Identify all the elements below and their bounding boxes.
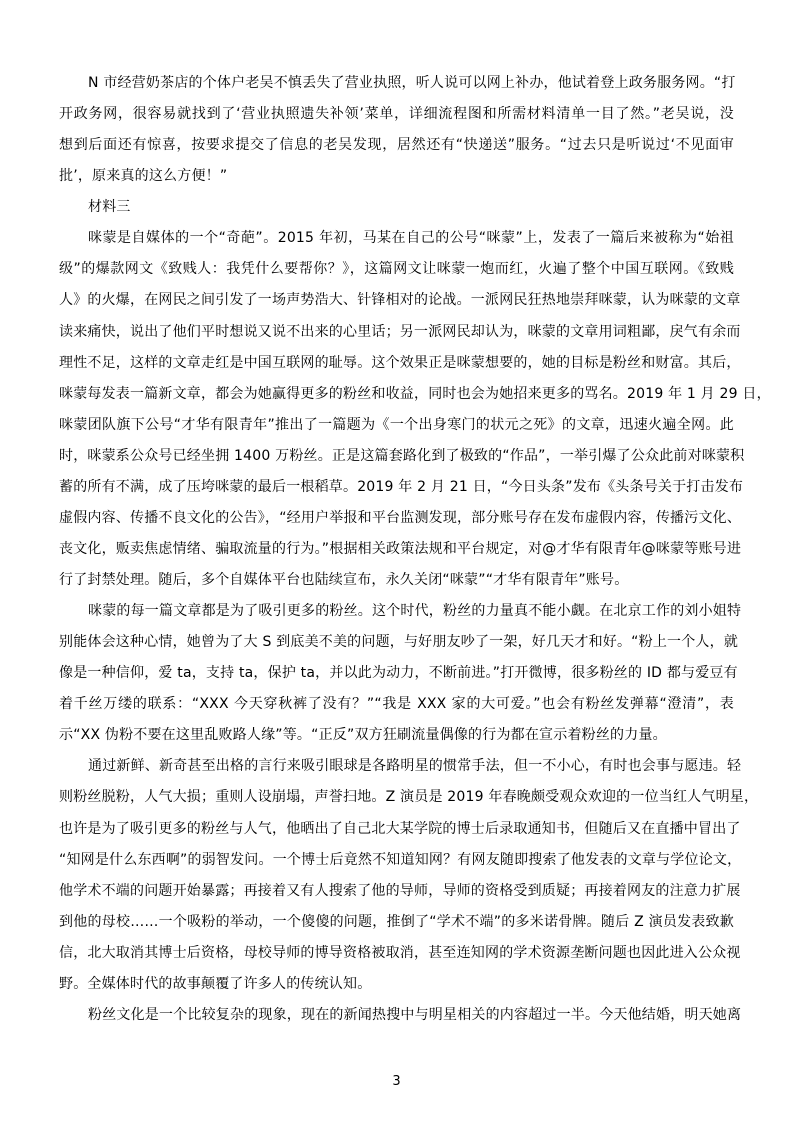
document-page: N 市经营奶茶店的个体户老吴不慎丢失了营业执照，听人说可以网上补办，他试着登上政…: [0, 0, 793, 1121]
text-line: 虚假内容、传播不良文化的公告》，“经用户举报和平台监测发现，部分账号存在发布虚假…: [59, 503, 734, 534]
text-line: 时，咪蒙系公众号已经坐拥 1400 万粉丝。正是这篇套路化到了极致的“作品”，一…: [59, 441, 734, 472]
paragraph-celebrity: 通过新鲜、新奇甚至出格的言行来吸引眼球是各路明星的惯常手法，但一不小心，有时也会…: [59, 751, 734, 1000]
text-line: 到他的母校……一个吸粉的举动，一个傻傻的问题，推倒了“学术不端”的多米诺骨牌。随…: [59, 907, 734, 938]
text-line: 蓄的所有不满，成了压垮咪蒙的最后一根稻草。2019 年 2 月 21 日，“今日…: [59, 472, 734, 503]
text-line: 他学术不端的问题开始暴露；再接着又有人搜索了他的导师，导师的资格受到质疑；再接着…: [59, 876, 734, 907]
text-line: 开政务网，很容易就找到了‘营业执照遗失补领’菜单，详细流程图和所需材料清单一目了…: [59, 99, 734, 130]
text-line: 丧文化，贩卖焦虑情绪、骗取流量的行为。”根据相关政策法规和平台规定，对@才华有限…: [59, 534, 734, 565]
text-line: 想到后面还有惊喜，按要求提交了信息的老吴发现，居然还有“快递送”服务。“过去只是…: [59, 130, 734, 161]
text-line: 信，北大取消其博士后资格，母校导师的博导资格被取消，甚至连知网的学术资源垄断问题…: [59, 938, 734, 969]
text-line: 级”的爆款网文《致贱人：我凭什么要帮你？》，这篇网文让咪蒙一炮而红，火遍了整个中…: [59, 254, 734, 285]
text-line: N 市经营奶茶店的个体户老吴不慎丢失了营业执照，听人说可以网上补办，他试着登上政…: [59, 68, 734, 99]
text-line: 行了封禁处理。随后，多个自媒体平台也陆续宣布，永久关闭“咪蒙”“才华有限青年”账…: [59, 565, 734, 596]
text-line: 批’，原来真的这么方便！”: [59, 161, 734, 192]
text-line: 别能体会这种心情，她曾为了大 S 到底美不美的问题，与好朋友吵了一架，好几天才和…: [59, 627, 734, 658]
paragraph-laowu: N 市经营奶茶店的个体户老吴不慎丢失了营业执照，听人说可以网上补办，他试着登上政…: [59, 68, 734, 192]
text-line: 也许是为了吸引更多的粉丝与人气，他晒出了自己北大某学院的博士后录取通知书，但随后…: [59, 814, 734, 845]
paragraph-fan-culture: 粉丝文化是一个比较复杂的现象，现在的新闻热搜中与明星相关的内容超过一半。今天他结…: [59, 1000, 734, 1031]
text-line: 则粉丝脱粉，人气大损；重则人设崩塌，声誉扫地。Z 演员是 2019 年春晚颇受观…: [59, 782, 734, 813]
body-text: N 市经营奶茶店的个体户老吴不慎丢失了营业执照，听人说可以网上补办，他试着登上政…: [59, 68, 734, 1031]
paragraph-mimeng: 咪蒙是自媒体的一个“奇葩”。2015 年初，马某在自己的公号“咪蒙”上，发表了一…: [59, 223, 734, 596]
page-number: 3: [0, 1072, 793, 1092]
paragraph-fan-power: 咪蒙的每一篇文章都是为了吸引更多的粉丝。这个时代，粉丝的力量真不能小觑。在北京工…: [59, 596, 734, 751]
text-line: 咪蒙的每一篇文章都是为了吸引更多的粉丝。这个时代，粉丝的力量真不能小觑。在北京工…: [59, 596, 734, 627]
text-line: 像是一种信仰，爱 ta，支持 ta，保护 ta，并以此为动力，不断前进。”打开微…: [59, 658, 734, 689]
text-line: 人》的火爆，在网民之间引发了一场声势浩大、针锋相对的论战。一派网民狂热地崇拜咪蒙…: [59, 285, 734, 316]
text-line: 咪蒙每发表一篇新文章，都会为她赢得更多的粉丝和收益，同时也会为她招来更多的骂名。…: [59, 379, 734, 410]
text-line: 着千丝万缕的联系：“XXX 今天穿秋裤了没有？”“我是 XXX 家的大可爱。”也…: [59, 689, 734, 720]
text-line: 理性不足，这样的文章走红是中国互联网的耻辱。这个效果正是咪蒙想要的，她的目标是粉…: [59, 348, 734, 379]
text-line: “知网是什么东西啊”的弱智发问。一个博士后竟然不知道知网？有网友随即搜索了他发表…: [59, 845, 734, 876]
text-line: 野。全媒体时代的故事颠覆了许多人的传统认知。: [59, 969, 734, 1000]
text-line: 材料三: [59, 192, 734, 223]
text-line: 通过新鲜、新奇甚至出格的言行来吸引眼球是各路明星的惯常手法，但一不小心，有时也会…: [59, 751, 734, 782]
text-line: 咪蒙团队旗下公号“才华有限青年”推出了一篇题为《一个出身寒门的状元之死》的文章，…: [59, 410, 734, 441]
text-line: 粉丝文化是一个比较复杂的现象，现在的新闻热搜中与明星相关的内容超过一半。今天他结…: [59, 1000, 734, 1031]
text-line: 示“XX 伪粉不要在这里乱败路人缘”等。“正反”双方狂刷流量偶像的行为都在宣示着…: [59, 720, 734, 751]
text-line: 读来痛快，说出了他们平时想说又说不出来的心里话；另一派网民却认为，咪蒙的文章用词…: [59, 317, 734, 348]
text-line: 咪蒙是自媒体的一个“奇葩”。2015 年初，马某在自己的公号“咪蒙”上，发表了一…: [59, 223, 734, 254]
section-heading-material-3: 材料三: [59, 192, 734, 223]
